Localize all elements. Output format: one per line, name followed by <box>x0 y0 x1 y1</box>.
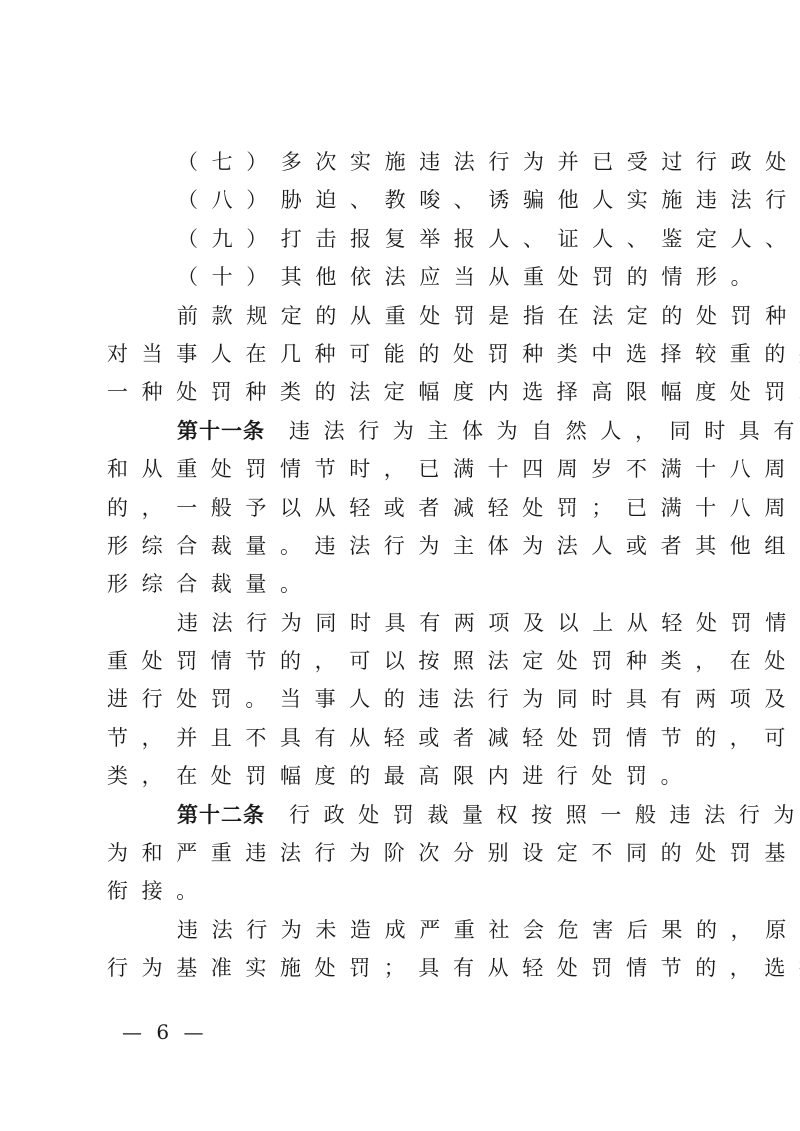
list-item-9: （九）打击报复举报人、证人、鉴定人、执法人员的； <box>107 220 707 258</box>
paragraph-line: 违法行为未造成严重社会危害后果的，原则上选择一般违法 <box>107 911 707 949</box>
paragraph-line: 进行处罚。当事人的违法行为同时具有两项及以上从重处罚情 <box>107 680 707 718</box>
paragraph-line: 一种处罚种类的法定幅度内选择高限幅度处罚。 <box>107 373 707 411</box>
article-heading: 第十二条 <box>177 803 265 827</box>
list-item-10: （十）其他依法应当从重处罚的情形。 <box>107 258 707 296</box>
paragraph-line: 衔接。 <box>107 872 707 910</box>
paragraph-line: 对当事人在几种可能的处罚种类中选择较重的处罚种类或者在 <box>107 335 707 373</box>
paragraph-line: 和从重处罚情节时，已满十四周岁不满十八周岁或者受他人胁迫 <box>107 450 707 488</box>
paragraph-line: 的，一般予以从轻或者减轻处罚；已满十八周岁的，根据不同情 <box>107 489 707 527</box>
paragraph-text: 违法行为主体为自然人，同时具有从轻（减轻） <box>289 419 800 443</box>
paragraph-line: 类，在处罚幅度的最高限内进行处罚。 <box>107 757 707 795</box>
paragraph-line: 形综合裁量。违法行为主体为法人或者其他组织的，根据不同情 <box>107 527 707 565</box>
list-item-8: （八）胁迫、教唆、诱骗他人实施违法行为的； <box>107 181 707 219</box>
list-item-7: （七）多次实施违法行为并已受过行政处罚的； <box>107 143 707 181</box>
page-number: — 6 — <box>122 1020 207 1044</box>
article-12-first-line: 第十二条行政处罚裁量权按照一般违法行为、较重违法行 <box>107 796 707 834</box>
paragraph-line: 形综合裁量。 <box>107 565 707 603</box>
document-body: （七）多次实施违法行为并已受过行政处罚的； （八）胁迫、教唆、诱骗他人实施违法行… <box>107 143 707 988</box>
paragraph-line: 重处罚情节的，可以按照法定处罚种类，在处罚幅度的最低限内 <box>107 642 707 680</box>
article-11-first-line: 第十一条违法行为主体为自然人，同时具有从轻（减轻） <box>107 412 707 450</box>
paragraph-line: 前款规定的从重处罚是指在法定的处罚种类和处罚幅度内， <box>107 297 707 335</box>
article-heading: 第十一条 <box>177 419 265 443</box>
paragraph-line: 行为基准实施处罚；具有从轻处罚情节的，选择一般违法行为基 <box>107 949 707 987</box>
paragraph-line: 节，并且不具有从轻或者减轻处罚情节的，可以按照法定处罚种 <box>107 719 707 757</box>
paragraph-line: 为和严重违法行为阶次分别设定不同的处罚基准，阶次之间相互 <box>107 834 707 872</box>
paragraph-text: 行政处罚裁量权按照一般违法行为、较重违法行 <box>289 803 800 827</box>
paragraph-line: 违法行为同时具有两项及以上从轻处罚情节，并且不具有从 <box>107 604 707 642</box>
